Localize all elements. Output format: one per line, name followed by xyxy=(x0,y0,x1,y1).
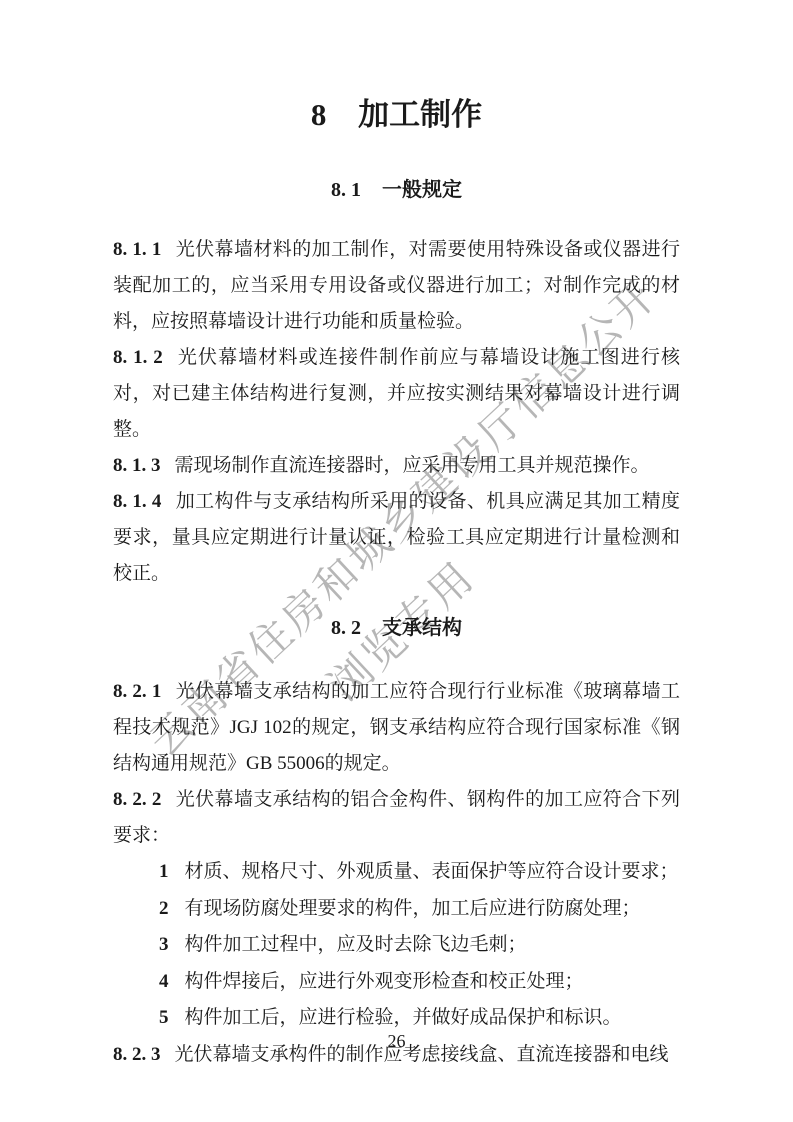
list-item-2: 2有现场防腐处理要求的构件，加工后应进行防腐处理； xyxy=(113,891,680,928)
list-item-text: 构件加工过程中，应及时去除飞边毛刺； xyxy=(185,934,527,955)
section-heading-8-2: 8. 2 支承结构 xyxy=(113,614,680,642)
chapter-number: 8 xyxy=(311,97,327,132)
list-item-number: 5 xyxy=(159,1007,169,1028)
list-item-text: 材质、规格尺寸、外观质量、表面保护等应符合设计要求； xyxy=(185,861,679,882)
list-item-number: 2 xyxy=(159,898,169,919)
section-number: 8. 1 xyxy=(331,179,361,201)
section-heading-8-1: 8. 1 一般规定 xyxy=(113,176,680,204)
list-item-4: 4构件焊接后，应进行外观变形检查和校正处理； xyxy=(113,964,680,1001)
page-content: 8 加工制作 8. 1 一般规定 8. 1. 1光伏幕墙材料的加工制作，对需要使… xyxy=(113,0,680,1073)
list-item-number: 3 xyxy=(159,934,169,955)
clause-number: 8. 2. 1 xyxy=(113,681,161,702)
clause-text: 光伏幕墙支承结构的加工应符合现行行业标准《玻璃幕墙工程技术规范》JGJ 102的… xyxy=(113,681,680,774)
clause-text: 加工构件与支承结构所采用的设备、机具应满足其加工精度要求，量具应定期进行计量认证… xyxy=(113,491,680,584)
section-title-text: 一般规定 xyxy=(382,179,462,201)
list-item-number: 1 xyxy=(159,861,169,882)
clause-number: 8. 2. 2 xyxy=(113,789,161,810)
list-item-text: 构件焊接后，应进行外观变形检查和校正处理； xyxy=(185,971,584,992)
clause-text: 光伏幕墙材料的加工制作，对需要使用特殊设备或仪器进行装配加工的，应当采用专用设备… xyxy=(113,239,680,332)
list-item-1: 1材质、规格尺寸、外观质量、表面保护等应符合设计要求； xyxy=(113,854,680,891)
section-number: 8. 2 xyxy=(331,617,361,639)
list-item-number: 4 xyxy=(159,971,169,992)
clause-number: 8. 1. 1 xyxy=(113,239,161,260)
clause-text: 光伏幕墙材料或连接件制作前应与幕墙设计施工图进行核对，对已建主体结构进行复测，并… xyxy=(113,347,680,440)
clause-number: 8. 1. 3 xyxy=(113,455,161,476)
chapter-title: 8 加工制作 xyxy=(113,98,680,132)
list-item-text: 有现场防腐处理要求的构件，加工后应进行防腐处理； xyxy=(185,898,641,919)
clause-8-1-1: 8. 1. 1光伏幕墙材料的加工制作，对需要使用特殊设备或仪器进行装配加工的，应… xyxy=(113,232,680,340)
clause-8-1-2: 8. 1. 2光伏幕墙材料或连接件制作前应与幕墙设计施工图进行核对，对已建主体结… xyxy=(113,340,680,448)
clause-8-2-1: 8. 2. 1光伏幕墙支承结构的加工应符合现行行业标准《玻璃幕墙工程技术规范》J… xyxy=(113,674,680,782)
clause-text: 光伏幕墙支承结构的铝合金构件、钢构件的加工应符合下列要求： xyxy=(113,789,680,846)
document-page: 云南省住房和城乡建设厅信息公开 浏览专用 8 加工制作 8. 1 一般规定 8.… xyxy=(0,0,793,1122)
clause-number: 8. 1. 2 xyxy=(113,347,163,368)
clause-8-1-4: 8. 1. 4加工构件与支承结构所采用的设备、机具应满足其加工精度要求，量具应定… xyxy=(113,484,680,592)
list-item-3: 3构件加工过程中，应及时去除飞边毛刺； xyxy=(113,927,680,964)
clause-text: 需现场制作直流连接器时，应采用专用工具并规范操作。 xyxy=(175,455,650,476)
clause-number: 8. 1. 4 xyxy=(113,491,161,512)
chapter-title-text: 加工制作 xyxy=(358,97,482,132)
list-item-text: 构件加工后，应进行检验，并做好成品保护和标识。 xyxy=(185,1007,622,1028)
section-title-text: 支承结构 xyxy=(382,617,462,639)
page-number: 26 xyxy=(0,1031,793,1052)
clause-8-1-3: 8. 1. 3需现场制作直流连接器时，应采用专用工具并规范操作。 xyxy=(113,448,680,484)
clause-8-2-2: 8. 2. 2光伏幕墙支承结构的铝合金构件、钢构件的加工应符合下列要求： xyxy=(113,782,680,854)
